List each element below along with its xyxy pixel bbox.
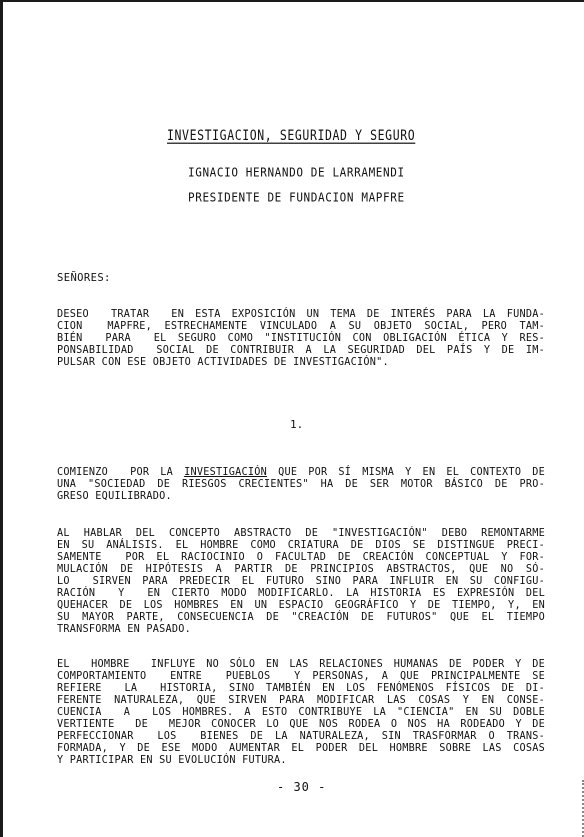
page-number: - 30 -: [277, 780, 326, 794]
text-line: QUEHACER DE LOS HOMBRES EN UN ESPACIO GE…: [57, 600, 545, 612]
text-line: EL HOMBRE INFLUYE NO SÓLO EN LAS RELACIO…: [57, 659, 545, 671]
text-segment: QUE POR SÍ MISMA Y EN EL CONTEXTO DE: [267, 467, 545, 478]
salutation: SEÑORES:: [57, 272, 111, 284]
text-segment: COMIENZO POR LA: [57, 467, 184, 478]
scan-border-left: [0, 0, 3, 837]
text-line: SAMENTE POR EL RACIOCINIO O FACULTAD DE …: [57, 552, 545, 564]
text-line: DESEO TRATAR EN ESTA EXPOSICIÓN UN TEMA …: [57, 309, 545, 321]
text-line: EN SU ANÁLISIS. EL HOMBRE COMO CRIATURA …: [57, 540, 545, 552]
text-line: Y PARTICIPAR EN SU EVOLUCIÓN FUTURA.: [57, 755, 545, 767]
text-line: PULSAR CON ESE OBJETO ACTIVIDADES DE INV…: [57, 357, 545, 369]
paragraph-concepto: AL HABLAR DEL CONCEPTO ABSTRACTO DE "INV…: [57, 528, 545, 636]
text-line: GRESO EQUILIBRADO.: [57, 491, 545, 503]
text-line: LO SIRVEN PARA PREDECIR EL FUTURO SINO P…: [57, 576, 545, 588]
document-title: INVESTIGACION, SEGURIDAD Y SEGURO: [167, 127, 415, 144]
text-line: PERFECCIONAR LOS BIENES DE LA NATURALEZA…: [57, 731, 545, 743]
text-line: REFIERE LA HISTORIA, SINO TAMBIÉN EN LOS…: [57, 683, 545, 695]
text-line: AL HABLAR DEL CONCEPTO ABSTRACTO DE "INV…: [57, 528, 545, 540]
text-line: TRANSFORMA EN PASADO.: [57, 624, 545, 636]
scan-edge-artifact: [580, 780, 584, 837]
text-line: COMIENZO POR LA INVESTIGACIÓN QUE POR SÍ…: [57, 467, 545, 479]
paragraph-intro: DESEO TRATAR EN ESTA EXPOSICIÓN UN TEMA …: [57, 309, 545, 369]
section-number: 1.: [290, 418, 303, 431]
text-line: PONSABILIDAD SOCIAL DE CONTRIBUIR A LA S…: [57, 345, 545, 357]
author-role: PRESIDENTE DE FUNDACION MAPFRE: [188, 190, 405, 205]
text-line: CUENCIA A LOS HOMBRES. A ESTO CONTRIBUYE…: [57, 707, 545, 719]
text-line: SU MAYOR PARTE, CONSECUENCIA DE "CREACIÓ…: [57, 612, 545, 624]
text-line: FERENTE NATURALEZA, QUE SIRVEN PARA MODI…: [57, 695, 545, 707]
text-line: VERTIENTE DE MEJOR CONOCER LO QUE NOS RO…: [57, 719, 545, 731]
underlined-term: INVESTIGACIÓN: [184, 467, 267, 478]
text-line: MULACIÓN DE HIPÓTESIS A PARTIR DE PRINCI…: [57, 564, 545, 576]
author-name: IGNACIO HERNANDO DE LARRAMENDI: [188, 165, 405, 180]
text-line: FORMADA, Y DE ESE MODO AUMENTAR EL PODER…: [57, 743, 545, 755]
paragraph-hombre: EL HOMBRE INFLUYE NO SÓLO EN LAS RELACIO…: [57, 659, 545, 767]
text-line: RACIÓN Y EN CIERTO MODO MODIFICARLO. LA …: [57, 588, 545, 600]
text-line: COMPORTAMIENTO ENTRE PUEBLOS Y PERSONAS,…: [57, 671, 545, 683]
text-line: UNA "SOCIEDAD DE RIESGOS CRECIENTES" HA …: [57, 479, 545, 491]
text-line: BIÉN PARA EL SEGURO COMO "INSTITUCIÓN CO…: [57, 333, 545, 345]
scan-border-top: [0, 0, 584, 2]
text-line: CION MAPFRE, ESTRECHAMENTE VINCULADO A S…: [57, 321, 545, 333]
paragraph-investigacion: COMIENZO POR LA INVESTIGACIÓN QUE POR SÍ…: [57, 467, 545, 503]
